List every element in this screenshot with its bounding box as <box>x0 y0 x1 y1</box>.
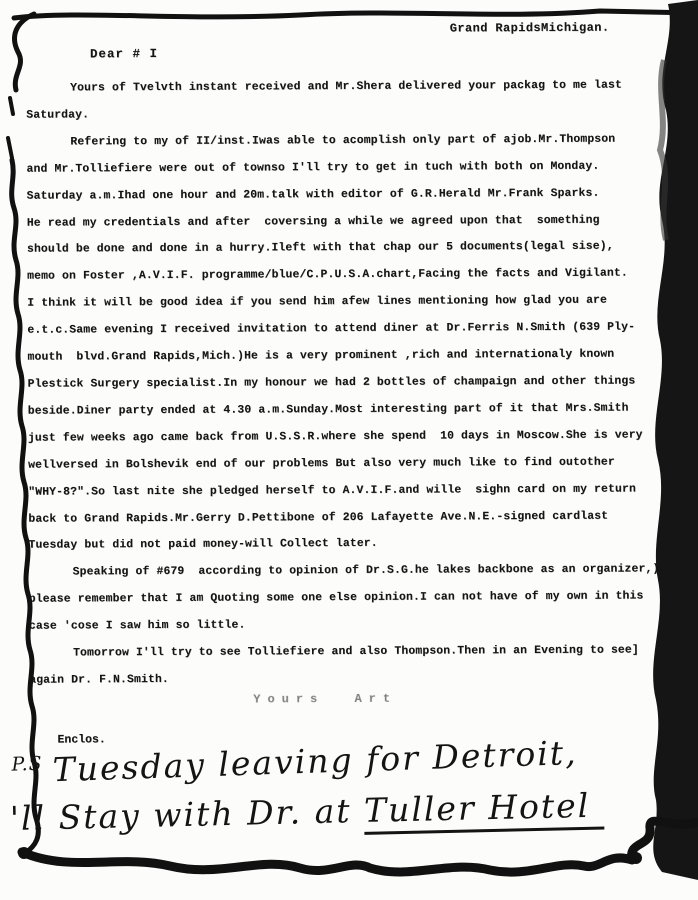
letter-body: Yours of Tvelvth instant received and Mr… <box>26 72 659 694</box>
letter-line: Saturday. <box>26 99 656 129</box>
letter-line: He read my credentials and after coversi… <box>27 207 657 237</box>
letter-line: Tomorrow I'll try to see Tolliefiere and… <box>29 637 659 667</box>
letter-salutation: Dear # I <box>90 47 158 61</box>
letter-line: back to Grand Rapids.Mr.Gerry D.Pettibon… <box>28 503 658 533</box>
handwritten-postscript-line2: 'll Stay with Dr. at Tuller Hotel <box>10 785 605 837</box>
letter-line: I think it will be good idea if you send… <box>27 288 657 318</box>
letter-line: and Mr.Tolliefiere were out of townso I'… <box>26 153 656 183</box>
scanned-letter-page: Grand RapidsMichigan. Dear # I Yours of … <box>0 0 698 900</box>
hotel-name-underlined: Tuller Hotel <box>364 785 605 834</box>
letter-line: beside.Diner party ended at 4.30 a.m.Sun… <box>28 395 658 425</box>
postscript-mark: P.S <box>11 753 43 776</box>
letter-line: Plestick Surgery specialist.In my honour… <box>28 368 658 398</box>
letter-closing-signature: Yours Art <box>253 692 397 707</box>
postscript-text: 'll Stay with Dr. at <box>10 791 352 838</box>
letter-line: Tuesday but did not paid money-will Coll… <box>28 530 658 560</box>
letter-line: memo on Foster ,A.V.I.F. programme/blue/… <box>27 261 657 291</box>
letter-line: "WHY-8?".So last nite she pledged hersel… <box>28 476 658 506</box>
letter-line: mouth blvd.Grand Rapids,Mich.)He is a ve… <box>27 341 657 371</box>
letter-dateline: Grand RapidsMichigan. <box>450 21 610 36</box>
letter-line: Saturday a.m.Ihad one hour and 20m.talk … <box>27 180 657 210</box>
letter-line: should be done and done in a hurry.Ileft… <box>27 234 657 264</box>
letter-line: case 'cose I saw him so little. <box>29 611 659 641</box>
letter-line: again Dr. F.N.Smith. <box>29 664 659 694</box>
letter-line: Yours of Tvelvth instant received and Mr… <box>26 72 656 102</box>
enclosure-note: Enclos. <box>57 733 105 746</box>
letter-line: Refering to my of II/inst.Iwas able to a… <box>26 126 656 156</box>
letter-line: please remember that I am Quoting some o… <box>29 584 659 614</box>
letter-content: Grand RapidsMichigan. Dear # I Yours of … <box>0 0 698 900</box>
letter-line: Speaking of #679 according to opinion of… <box>29 557 659 587</box>
letter-line: wellversed in Bolshevik end of our probl… <box>28 449 658 479</box>
letter-line: e.t.c.Same evening I received invitation… <box>27 315 657 345</box>
letter-line: just few weeks ago came back from U.S.S.… <box>28 422 658 452</box>
postscript-text: Tuesday leaving for Detroit, <box>52 733 578 789</box>
